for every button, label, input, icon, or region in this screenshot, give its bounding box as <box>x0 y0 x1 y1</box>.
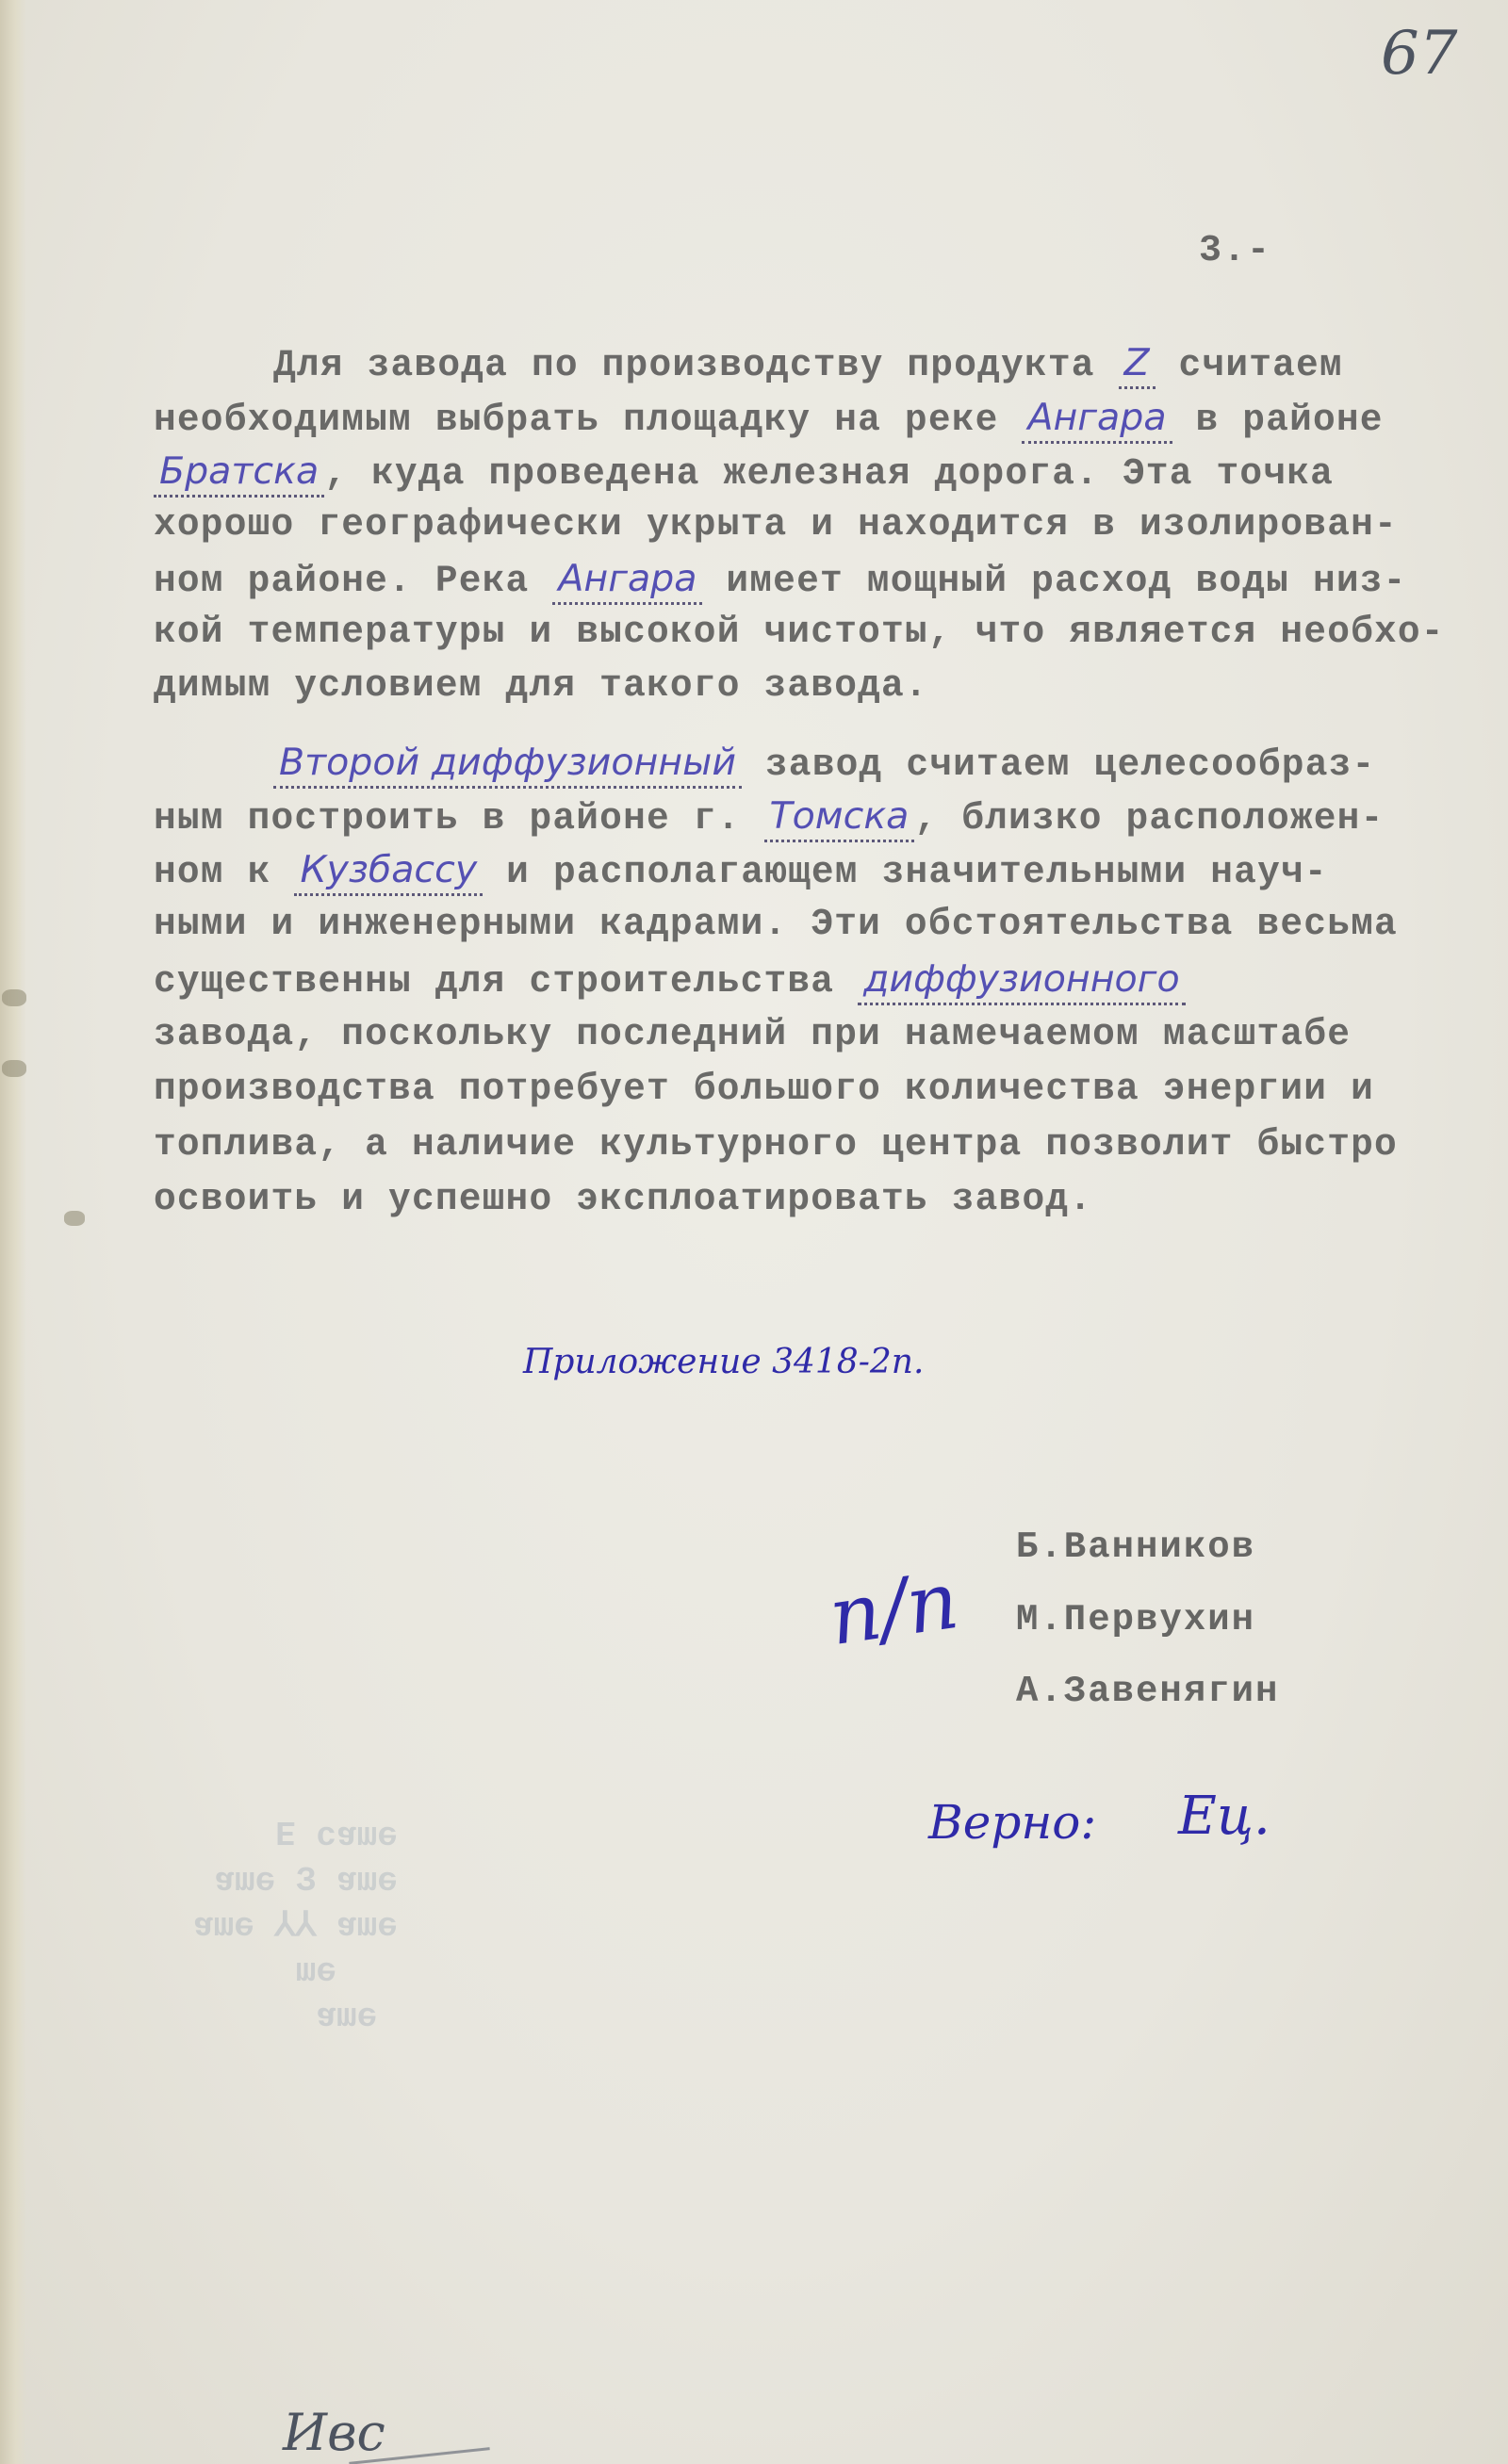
text-line: топлива, а наличие культурного центра по… <box>154 1123 1398 1166</box>
text-line: кой температуры и высокой чистоты, что я… <box>154 611 1445 653</box>
handwritten-insert: Второй диффузионный <box>273 741 742 789</box>
text-line: ным построить в районе г. Томска, близко… <box>154 794 1384 842</box>
typed-text: имеет мощный расход воды низ- <box>702 560 1406 602</box>
page-number: 3.- <box>1199 230 1271 272</box>
typed-text: , куда проведена железная дорога. Эта то… <box>324 452 1334 495</box>
text-line: ном районе. Река Ангара имеет мощный рас… <box>154 557 1407 605</box>
typed-text: хорошо географически укрыта и находится … <box>154 503 1398 546</box>
document-page: 67 3.- Для завода по производству продук… <box>0 0 1508 2464</box>
typed-text: завод считаем целесообраз- <box>742 743 1375 786</box>
typed-text: в районе <box>1172 399 1384 441</box>
certification-label: Верно: <box>928 1795 1096 1850</box>
signatory-zavenyagin: А.Завенягин <box>1016 1671 1279 1712</box>
typed-text: ными и инженерными кадрами. Эти обстояте… <box>154 903 1398 945</box>
typed-text: необходимым выбрать площадку на реке <box>154 399 1022 441</box>
binding-hole <box>2 1060 26 1077</box>
handwritten-insert: Ангара <box>552 557 702 605</box>
text-line: Братска, куда проведена железная дорога.… <box>154 449 1334 498</box>
typed-text: считаем <box>1156 344 1343 386</box>
handwritten-insert: Братска <box>154 449 324 498</box>
handwritten-insert: Z <box>1119 341 1156 389</box>
text-line: ными и инженерными кадрами. Эти обстояте… <box>154 903 1398 945</box>
typed-text: димым условием для такого завода. <box>154 664 928 707</box>
typed-text: освоить и успешно эксплоатировать завод. <box>154 1178 1092 1220</box>
signatory-vannikov: Б.Ванников <box>1016 1526 1255 1568</box>
typed-text: производства потребует большого количест… <box>154 1068 1374 1110</box>
text-line: Для завода по производству продукта Z сч… <box>273 341 1343 389</box>
offset-ghost-text: ǝɯɐɔ Ǝǝɯɐ Ɛ ǝɯɐǝɯɐ ⅄⅄ ǝɯɐ ǝɯ ǝɯɐ <box>193 1814 398 2040</box>
handwritten-insert: Ангара <box>1022 396 1172 444</box>
text-line: завода, поскольку последний при намечаем… <box>154 1013 1351 1055</box>
binding-edge <box>0 0 26 2464</box>
text-line: димым условием для такого завода. <box>154 664 928 707</box>
binding-hole <box>2 989 26 1006</box>
registration-note: Приложение 3418-2п. <box>523 1343 924 1381</box>
typed-text: Для завода по производству продукта <box>273 344 1119 386</box>
handwritten-insert: Кузбассу <box>294 848 483 896</box>
typed-text: существенны для строительства <box>154 960 858 1003</box>
folio-number: 67 <box>1381 19 1457 89</box>
handwritten-insert: диффузионного <box>858 957 1185 1005</box>
typed-text: завода, поскольку последний при намечаем… <box>154 1013 1351 1055</box>
binding-hole <box>64 1211 85 1226</box>
text-line: хорошо географически укрыта и находится … <box>154 503 1398 546</box>
typed-text: и располагающем значительными науч- <box>483 851 1328 893</box>
text-line: необходимым выбрать площадку на реке Анг… <box>154 396 1384 444</box>
typed-text: ном районе. Река <box>154 560 552 602</box>
text-line: производства потребует большого количест… <box>154 1068 1374 1110</box>
signatory-pervukhin: М.Первухин <box>1016 1599 1255 1640</box>
typed-text: топлива, а наличие культурного центра по… <box>154 1123 1398 1166</box>
typed-text: кой температуры и высокой чистоты, что я… <box>154 611 1445 653</box>
text-line: ном к Кузбассу и располагающем значитель… <box>154 848 1328 896</box>
certification-initial: Ец. <box>1178 1786 1270 1847</box>
handwritten-insert: Томска <box>764 794 915 842</box>
text-line: освоить и успешно эксплоатировать завод. <box>154 1178 1092 1220</box>
typed-text: , близко расположен- <box>914 797 1384 840</box>
signature-mark: п/п <box>825 1560 963 1656</box>
text-line: существенны для строительства диффузионн… <box>154 957 1186 1005</box>
bottom-pencil-mark: Ивс <box>283 2403 385 2462</box>
text-line: Второй диффузионный завод считаем целесо… <box>273 741 1375 789</box>
typed-text: ном к <box>154 851 294 893</box>
typed-text: ным построить в районе г. <box>154 797 764 840</box>
